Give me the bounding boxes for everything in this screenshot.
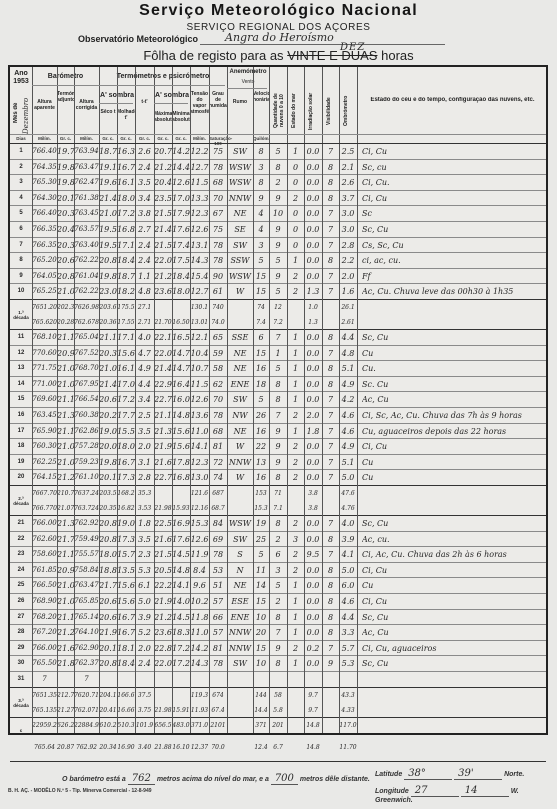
table-row: 23758.6021.1755.5718.015.72.321.514.511.… [10,547,548,563]
cell-dia: 25 [10,578,32,593]
cell-alt_ap: 765.50 [32,656,57,671]
cell-min: 14.1 [172,578,190,593]
observatory-line [200,44,445,45]
cell-tensao: 9.6 [190,578,209,593]
column-header-alt_ap: Altura aparente [32,99,57,111]
cell-term_adj: 21.8 [57,656,74,671]
cell-ceu: Ci, Cu [362,439,547,454]
summary-cell-alt_corr: 763.724 [74,501,99,516]
table-row: 13771.7521.0768.7021.016.14.921.414.710.… [10,361,548,377]
cell-seco: 19.5 [99,238,117,253]
summary-cell-nuvens: 6.7 [269,740,287,755]
summary-cell-tt: 37.5 [135,688,154,703]
cell-term_adj: 20.9 [57,346,74,361]
unit-max: Gr. c. [154,136,172,141]
cell-ombro: 5.1 [339,361,357,376]
cell-max: 22.7 [154,392,172,407]
cell-humidade: 57 [209,594,227,609]
cell-dia: 9 [10,269,32,284]
cell-ceu: Ac, Cu [362,392,547,407]
cell-irrad: 1.3 [304,284,322,299]
cell-min: 16.4 [172,377,190,392]
cell-alt_ap: 761.85 [32,563,57,578]
cell-irrad: 0.0 [304,269,322,284]
cell-seco: 20.1 [99,470,117,485]
cell-ceu: Cu [362,455,547,470]
cell-tt: 1.1 [135,269,154,284]
cell-tensao: 10.2 [190,594,209,609]
cell-veloc: 11 [253,563,269,578]
cell-alt_ap: 763.45 [32,408,57,423]
cell-alt_ap: 764.05 [32,269,57,284]
cell-alt_corr: 7 [74,672,99,687]
cell-term_adj: 21.0 [57,284,74,299]
cell-mar: 1 [287,610,304,625]
row-divider [227,88,267,89]
cell-visib: 9 [322,656,339,671]
cell-dia: 16 [10,408,32,423]
longitude-degrees: 27 [411,785,459,797]
cell-tt: 2.3 [135,547,154,562]
cell-humidade: 51 [209,578,227,593]
cell-irrad: 0.0 [304,594,322,609]
summary-cell-term_adj: 626.2 [57,718,74,733]
column-header-ceu: Estado do céu e do tempo, configuração d… [357,97,548,103]
summary-cell-term_adj: 21.07 [57,501,74,516]
cell-tt: 4.0 [135,330,154,345]
cell-dia: 5 [10,206,32,221]
cell-max: 21.2 [154,610,172,625]
column-header-max: Máxima absoluta [154,111,172,123]
cell-visib: 7 [322,206,339,221]
cell-tt: 2.0 [135,641,154,656]
summary-cell-alt_ap: 22959.25 [32,718,57,733]
column-header-tt: t-t' [135,99,154,105]
cell-irrad: 0.0 [304,563,322,578]
cell-mar: 1 [287,346,304,361]
cell-molhado: 17.2 [117,206,135,221]
cell-visib: 7 [322,470,339,485]
cell-alt_ap: 770.60 [32,346,57,361]
cell-min: 14.8 [172,408,190,423]
cell-alt_ap: 765.30 [32,175,57,190]
cell-nuvens: 1 [269,346,287,361]
cell-ceu: Sc, Cu [362,610,547,625]
cell-visib: 7 [322,455,339,470]
cell-ombro: 5.0 [339,563,357,578]
cell-alt_corr: 765.04 [74,330,99,345]
cell-humidade: 84 [209,516,227,531]
cell-visib: 8 [322,191,339,206]
summary-cell-max: 656.5 [154,718,172,733]
cell-min: 17.9 [172,206,190,221]
cell-alt_corr: 762.47 [74,175,99,190]
cell-dia: 14 [10,377,32,392]
cell-tensao: 11.5 [190,175,209,190]
summary-cell-molhado: 16.66 [117,703,135,718]
cell-tt: 3.5 [135,424,154,439]
summary-cell-min: 16.50 [172,315,190,330]
cell-visib: 8 [322,594,339,609]
cell-rumo: SW [227,238,253,253]
cell-alt_corr: 764.10 [74,625,99,640]
cell-humidade: 81 [209,439,227,454]
summary-cell-humidade: 67.4 [209,703,227,718]
cell-ombro: 5.1 [339,455,357,470]
cell-min: 18.0 [172,284,190,299]
cell-alt_ap: 767.20 [32,625,57,640]
summary-cell-humidade: 68.7 [209,501,227,516]
summary-cell-veloc: 371 [253,718,269,733]
cell-alt_corr: 758.84 [74,563,99,578]
month-value: Dezembro [22,93,30,138]
cell-tt: 2.6 [135,144,154,159]
summary-cell-ombro: 26.1 [339,300,357,315]
cell-nuvens: 8 [269,392,287,407]
latitude-label: Latitude [375,771,402,778]
cell-term_adj: 21.0 [57,377,74,392]
cell-min: 17.0 [172,191,190,206]
cell-mar: 1 [287,361,304,376]
unit-min: Gr. c. [172,136,190,141]
cell-ceu: Ci, Cu [362,563,547,578]
row-divider [154,103,188,104]
cell-irrad: 0.0 [304,392,322,407]
longitude-minutes: 14 [461,785,509,797]
cell-term_adj: 21.0 [57,361,74,376]
summary-cell-tt: 35.3 [135,486,154,501]
barometer-distance: 700 [271,773,298,785]
cell-seco: 21.0 [99,361,117,376]
cell-irrad: 0.0 [304,656,322,671]
cell-visib: 7 [322,424,339,439]
column-divider [209,67,210,733]
cell-min: 12.6 [172,175,190,190]
barometer-prefix: O barómetro está a [62,776,126,783]
cell-ombro: 3.3 [339,625,357,640]
cell-term_adj: 20.3 [57,238,74,253]
cell-alt_ap: 764.35 [32,160,57,175]
cell-tensao: 15.4 [190,269,209,284]
summary-cell-seco: 203.6 [99,300,117,315]
cell-veloc: 13 [253,455,269,470]
cell-term_adj: 20.4 [57,222,74,237]
cell-rumo: WSW [227,160,253,175]
cell-irrad: 0.0 [304,470,322,485]
cell-min: 14.7 [172,361,190,376]
cell-alt_corr: 762.86 [74,424,99,439]
cell-term_adj: 21.7 [57,532,74,547]
table-row: 26768.9021.0765.8520.615.65.021.914.010.… [10,594,548,610]
cell-alt_corr: 762.22 [74,253,99,268]
cell-ceu: Ci, Ac, Cu. Chuva das 2h às 6 horas [362,547,547,562]
cell-tt: 2.0 [135,439,154,454]
cell-mar: 2 [287,269,304,284]
cell-alt_ap: 766.50 [32,578,57,593]
cell-ombro: 4.6 [339,594,357,609]
column-header-mar: Estado do mar [291,91,302,131]
cell-humidade: 62 [209,377,227,392]
cell-alt_corr: 765.85 [74,594,99,609]
cell-molhado: 17.7 [117,408,135,423]
cell-visib: 8 [322,361,339,376]
summary-cell-tensao: 371.0 [190,718,209,733]
cell-molhado: 16.7 [117,160,135,175]
table-row: 22762.6021.7759.4920.817.33.521.617.612.… [10,532,548,548]
cell-molhado: 18.1 [117,641,135,656]
cell-seco: 19.5 [99,222,117,237]
cell-rumo: ESE [227,594,253,609]
column-header-seco: Sêco t [99,109,117,115]
cell-dia: 23 [10,547,32,562]
cell-term_adj: 21.1 [57,547,74,562]
cell-mar: 1 [287,330,304,345]
barometer-height: 762 [128,773,155,785]
unit-molhado: Gr. c. [117,136,135,141]
cell-irrad: 0.0 [304,578,322,593]
column-header-rumo: Rumo [227,99,253,105]
cell-max: 23.5 [154,191,172,206]
cell-max: 21.4 [154,222,172,237]
table-row: 25766.5021.0763.4721.715.66.122.214.19.6… [10,578,548,594]
summary-cell-seco: 20.41 [99,703,117,718]
cell-min: 14.7 [172,346,190,361]
summary-cell-min: 15.91 [172,703,190,718]
cell-alt_corr: 762.92 [74,516,99,531]
cell-molhado: 16.7 [117,610,135,625]
cell-veloc: 3 [253,160,269,175]
cell-seco: 21.4 [99,191,117,206]
cell-nuvens: 2 [269,532,287,547]
cell-irrad: 0.0 [304,361,322,376]
summary-line1: 7651.20202.37626.98203.6175.527.1130.174… [10,300,548,316]
cell-humidade: 75 [209,144,227,159]
cell-rumo: S [227,547,253,562]
summary-cell-ombro: 47.6 [339,486,357,501]
cell-veloc: 10 [253,656,269,671]
cell-ceu: Cs, Sc, Cu [362,238,547,253]
cell-humidade: 59 [209,346,227,361]
row-divider [10,143,546,144]
cell-irrad: 9.5 [304,547,322,562]
cell-mar: 2 [287,563,304,578]
model-number: B. H. AÇ. - MODÊLO N.º 5 - Tip. Minerva … [8,788,152,794]
cell-alt_ap: 762.60 [32,532,57,547]
summary-cell-tt: 3.53 [135,501,154,516]
column-divider [253,67,254,733]
cell-tensao: 12.6 [190,392,209,407]
cell-nuvens: 9 [269,269,287,284]
table-row: 11768.1021.1765.0421.117.14.022.116.512.… [10,330,548,346]
summary-cell-ombro: 11.70 [339,740,357,755]
cell-term_adj: 19.8 [57,160,74,175]
summary-cell-min [172,300,190,315]
cell-visib: 8 [322,625,339,640]
cell-mar: 1 [287,253,304,268]
cell-ceu: ci, ac, cu. [362,253,547,268]
cell-min: 17.2 [172,656,190,671]
register-table: Ano 1953 Mês de Dezembro Barómetro Termó… [8,65,548,735]
cell-alt_corr: 759.23 [74,455,99,470]
cell-ombro: 2.1 [339,160,357,175]
table-row: 27768.2021.1765.1420.616.73.921.214.511.… [10,610,548,626]
summary-cell-alt_ap: 766.770 [32,501,57,516]
cell-irrad: 0.0 [304,625,322,640]
column-divider [357,67,358,733]
table-row: 10765.2521.0762.2223.018.24.823.618.012.… [10,284,548,300]
cell-dia: 11 [10,330,32,345]
cell-dia: 29 [10,641,32,656]
cell-seco: 21.4 [99,377,117,392]
cell-visib: 7 [322,222,339,237]
cell-humidade: 61 [209,284,227,299]
cell-tensao: 12.7 [190,160,209,175]
cell-molhado: 18.0 [117,439,135,454]
summary-cell-term_adj: 20.87 [57,740,74,755]
summary-cell-min: 15.93 [172,501,190,516]
cell-rumo: SSE [227,330,253,345]
summary-cell-tensao: 130.1 [190,300,209,315]
summary-cell-alt_ap: 765.620 [32,315,57,330]
summary-cell-nuvens: 201 [269,718,287,733]
cell-rumo: WSW [227,175,253,190]
cell-ombro: 4.6 [339,408,357,423]
cell-irrad: 0.0 [304,206,322,221]
cell-ceu: Ci, Cu [362,191,547,206]
cell-term_adj: 20.8 [57,269,74,284]
cell-min: 16.9 [172,516,190,531]
cell-mar: 1 [287,377,304,392]
cell-mar: 2 [287,470,304,485]
table-row: 29766.0021.6762.9020.118.12.022.817.214.… [10,641,548,657]
summary-cell-humidade: 674 [209,688,227,703]
summary-cell-molhado: 166.6 [117,688,135,703]
cell-humidade: 78 [209,160,227,175]
cell-max: 22.1 [154,330,172,345]
cell-humidade: 68 [209,175,227,190]
cell-mar: 2 [287,641,304,656]
cell-irrad: 0.0 [304,455,322,470]
latitude-minutes: 39' [454,768,502,780]
summary-cell-alt_corr: 22884.93 [74,718,99,733]
cell-seco: 19.8 [99,269,117,284]
cell-tt: 4.7 [135,346,154,361]
cell-humidade: 53 [209,563,227,578]
cell-tt: 3.4 [135,392,154,407]
cell-humidade: 74 [209,470,227,485]
cell-ceu: Sc, cu [362,160,547,175]
summary-cell-alt_ap: 7667.70 [32,486,57,501]
cell-veloc: 4 [253,206,269,221]
cell-seco: 20.1 [99,641,117,656]
cell-nuvens: 6 [269,547,287,562]
summary-cell-alt_corr: 7620.71 [74,688,99,703]
cell-seco: 20.6 [99,610,117,625]
summary-cell-tensao: 11.93 [190,703,209,718]
table-row: 20764.1521.2761.1020.117.32.822.716.813.… [10,470,548,486]
cell-min: 16.8 [172,470,190,485]
cell-mar: 2 [287,516,304,531]
cell-tensao: 12.6 [190,532,209,547]
table-row: 3765.3019.8762.4719.616.13.520.412.611.5… [10,175,548,191]
cell-rumo: SW [227,144,253,159]
unit-dia: Dias [10,136,32,141]
cell-visib: 7 [322,269,339,284]
cell-seco: 20.8 [99,253,117,268]
unit-veloc: Quilóm. [253,136,269,141]
cell-veloc: 8 [253,144,269,159]
cell-visib: 7 [322,516,339,531]
cell-seco: 19.0 [99,424,117,439]
cell-min: 14.4 [172,160,190,175]
group-termometros: Termómetros e psicrómetro [99,73,227,80]
cell-term_adj: 21.3 [57,516,74,531]
cell-alt_corr: 761.38 [74,191,99,206]
cell-mar: 0 [287,222,304,237]
cell-term_adj: 21.6 [57,641,74,656]
cell-alt_ap: 765.20 [32,253,57,268]
cell-seco: 18.0 [99,547,117,562]
cell-alt_corr: 763.57 [74,222,99,237]
cell-rumo: SW [227,392,253,407]
cell-irrad: 0.0 [304,222,322,237]
cell-seco: 23.0 [99,284,117,299]
cell-rumo: SW [227,656,253,671]
cell-molhado: 15.6 [117,594,135,609]
cell-min: 17.6 [172,222,190,237]
summary-cell-seco: 20.36 [99,315,117,330]
cell-tensao: 11.8 [190,610,209,625]
cell-alt_ap: 766.35 [32,222,57,237]
cell-min: 15.6 [172,439,190,454]
cell-seco: 21.7 [99,578,117,593]
cell-tensao: 14.3 [190,253,209,268]
cell-rumo: NNW [227,641,253,656]
cell-min: 17.8 [172,455,190,470]
cell-ceu: Sc. Cu [362,377,547,392]
sheet-heading: Fôlha de registo para as VINTE E DUAS ho… [0,48,557,63]
cell-tensao: 12.2 [190,144,209,159]
cell-nuvens: 8 [269,377,287,392]
cell-rumo: SW [227,532,253,547]
row-divider [10,134,546,135]
cell-nuvens: 7 [269,408,287,423]
cell-alt_ap: 768.90 [32,594,57,609]
cell-min: 14.0 [172,594,190,609]
cell-molhado: 16.7 [117,625,135,640]
barometer-note: O barómetro está a 762 metros acima do n… [62,773,370,785]
cell-humidade: 58 [209,361,227,376]
cell-veloc: 15 [253,594,269,609]
cell-nuvens: 7 [269,330,287,345]
cell-mar: 0 [287,175,304,190]
section-divider [10,761,546,762]
cell-mar [287,672,304,687]
summary-cell-molhado: 16.90 [117,740,135,755]
cell-alt_corr: 762.90 [74,641,99,656]
summary-cell-seco: 20.34 [99,740,117,755]
cell-term_adj: 21.0 [57,439,74,454]
cell-seco [99,672,117,687]
cell-rumo [227,672,253,687]
cell-nuvens: 5 [269,144,287,159]
cell-min: 17.4 [172,238,190,253]
cell-min: 17.2 [172,641,190,656]
cell-term_adj: 20.6 [57,253,74,268]
cell-molhado [117,672,135,687]
cell-max: 21.6 [154,455,172,470]
cell-tt [135,672,154,687]
